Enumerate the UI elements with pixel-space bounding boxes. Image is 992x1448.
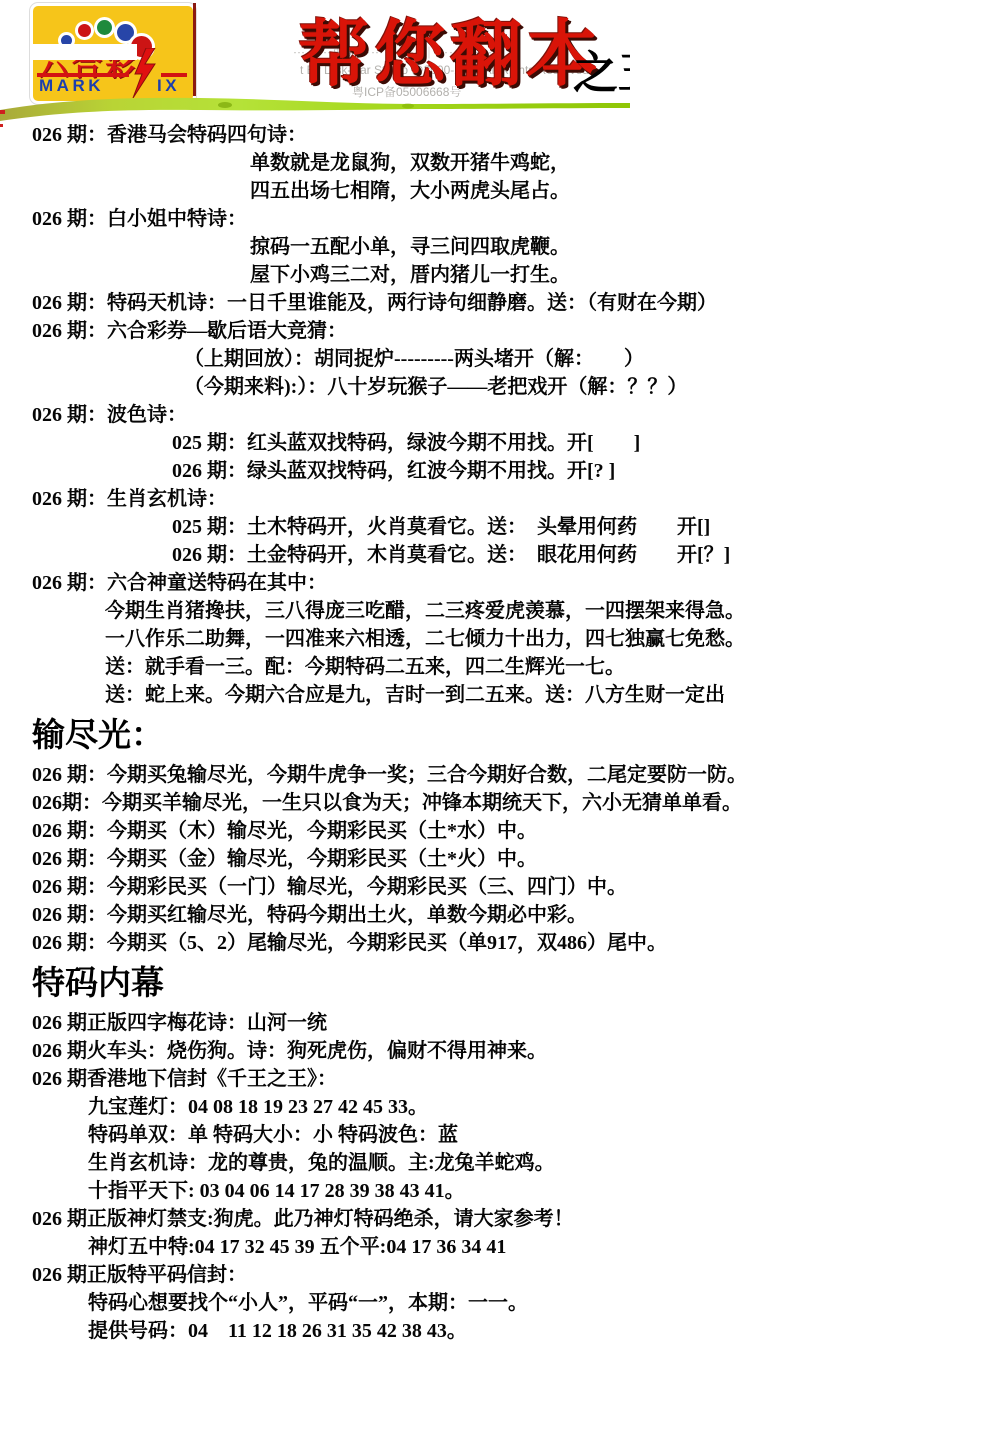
mark-six-logo: 六合彩 MARK IX [30, 3, 196, 104]
text-line: （今期来料):）：八十岁玩猴子——老把戏开（解：？？） [184, 373, 982, 401]
text-line: 026 期：波色诗： [32, 401, 982, 429]
red-sliver-top [0, 110, 5, 114]
text-line: 026 期：今期买（5、2）尾输尽光，今期彩民买（单917，双486）尾中。 [32, 929, 982, 957]
text-line: 提供号码：04 11 12 18 26 31 35 42 38 43。 [88, 1317, 982, 1345]
text-line: 026 期：今期买兔输尽光，今期牛虎争一奖；三合今期好合数，二尾定要防一防。 [32, 761, 982, 789]
page: 六合彩 MARK IX ⋯⋯⋯事务⋯⋯⋯⋯⋯｜⋯⋯五⋯⋯ t By Disk-C… [0, 0, 992, 1448]
logo-dot [117, 24, 134, 41]
text-line: 025 期：土木特码开，火肖莫看它。送： 头晕用何药 开[] [172, 513, 982, 541]
text-line: 026 期火车头：烧伤狗。诗：狗死虎伤，偏财不得用神来。 [32, 1037, 982, 1065]
text-line: 一八作乐二助舞，一四准来六相透，二七倾力十出力，四七独赢七免愁。 [105, 625, 982, 653]
logo-dot [97, 20, 112, 35]
logo-dot [78, 24, 91, 37]
text-line: 025 期：红头蓝双找特码，绿波今期不用找。开[ ] [172, 429, 982, 457]
text-line: 神灯五中特:04 17 32 45 39 五个平:04 17 36 34 41 [88, 1233, 982, 1261]
section-heading: 输尽光： [32, 712, 982, 758]
text-line: （上期回放）：胡同捉炉---------两头堵开（解： ） [184, 345, 982, 373]
text-line: 026 期：绿头蓝双找特码，红波今期不用找。开[? ] [172, 457, 982, 485]
text-line: 单数就是龙鼠狗，双数开猪牛鸡蛇， [250, 149, 982, 177]
text-line: 026 期：今期彩民买（一门）输尽光，今期彩民买（三、四门）中。 [32, 873, 982, 901]
text-line: 026 期正版神灯禁支:狗虎。此乃神灯特码绝杀，请大家参考！ [32, 1205, 982, 1233]
text-line: 026 期：六合彩券—歇后语大竞猜： [32, 317, 982, 345]
page-title: 帮您翻本 [298, 0, 602, 100]
text-line: 送：蛇上来。今期六合应是九，吉时一到二五来。送：八方生财一定出 [105, 681, 982, 709]
text-line: 特码心想要找个“小人”，平码“一”，本期：一一。 [88, 1289, 982, 1317]
text-line: 026期：今期买羊输尽光，一生只以食为天；冲锋本期统天下，六小无猜单单看。 [32, 789, 982, 817]
page-header: 六合彩 MARK IX ⋯⋯⋯事务⋯⋯⋯⋯⋯｜⋯⋯五⋯⋯ t By Disk-C… [0, 0, 630, 122]
logo-mark-text: MARK [39, 76, 104, 96]
text-line: 特码单双：单 特码大小：小 特码波色：蓝 [88, 1121, 982, 1149]
text-line: 九宝莲灯：04 08 18 19 23 27 42 45 33。 [88, 1093, 982, 1121]
text-line: 送：就手看一三。配：今期特码二五来，四二生辉光一七。 [105, 653, 982, 681]
text-line: 026 期正版四字梅花诗：山河一统 [32, 1009, 982, 1037]
text-line: 026 期：土金特码开，木肖莫看它。送： 眼花用何药 开[？] [172, 541, 982, 569]
text-line: 四五出场七相隋，大小两虎头尾占。 [250, 177, 982, 205]
text-line: 026 期：今期买（木）输尽光，今期彩民买（土*水）中。 [32, 817, 982, 845]
text-line: 掠码一五配小单，寻三问四取虎鞭。 [250, 233, 982, 261]
content-lines: 026 期：香港马会特码四句诗：单数就是龙鼠狗，双数开猪牛鸡蛇，四五出场七相隋，… [32, 121, 982, 1345]
lightning-bolt-icon [131, 48, 157, 98]
text-line: 026 期正版特平码信封： [32, 1261, 982, 1289]
text-line: 屋下小鸡三二对，厝内猪儿一打生。 [250, 261, 982, 289]
text-line: 十指平天下: 03 04 06 14 17 28 39 38 43 41。 [88, 1177, 982, 1205]
text-line: 026 期香港地下信封《千王之王》： [32, 1065, 982, 1093]
text-line: 今期生肖猪搀扶，三八得庞三吃醋，二三疼爱虎羡慕，一四摆架来得急。 [105, 597, 982, 625]
red-sliver-bottom [0, 124, 3, 127]
text-line: 生肖玄机诗：龙的尊贵，兔的温顺。主:龙兔羊蛇鸡。 [88, 1149, 982, 1177]
page-title-suffix: 之五 [573, 36, 630, 101]
text-line: 026 期：今期买红输尽光，特码今期出土火，单数今期必中彩。 [32, 901, 982, 929]
text-line: 026 期：今期买（金）输尽光，今期彩民买（土*火）中。 [32, 845, 982, 873]
text-line: 026 期：六合神童送特码在其中： [32, 569, 982, 597]
logo-white-mask [33, 44, 137, 60]
text-line: 026 期：生肖玄机诗： [32, 485, 982, 513]
logo-edge-line [193, 3, 196, 96]
text-line: 026 期：特码天机诗：一日千里谁能及，两行诗句细静磨。送：（有财在今期） [32, 289, 982, 317]
text-line: 026 期：香港马会特码四句诗： [32, 121, 982, 149]
section-heading: 特码内幕 [32, 960, 982, 1006]
logo-ix-text: IX [157, 76, 180, 96]
text-line: 026 期：白小姐中特诗： [32, 205, 982, 233]
